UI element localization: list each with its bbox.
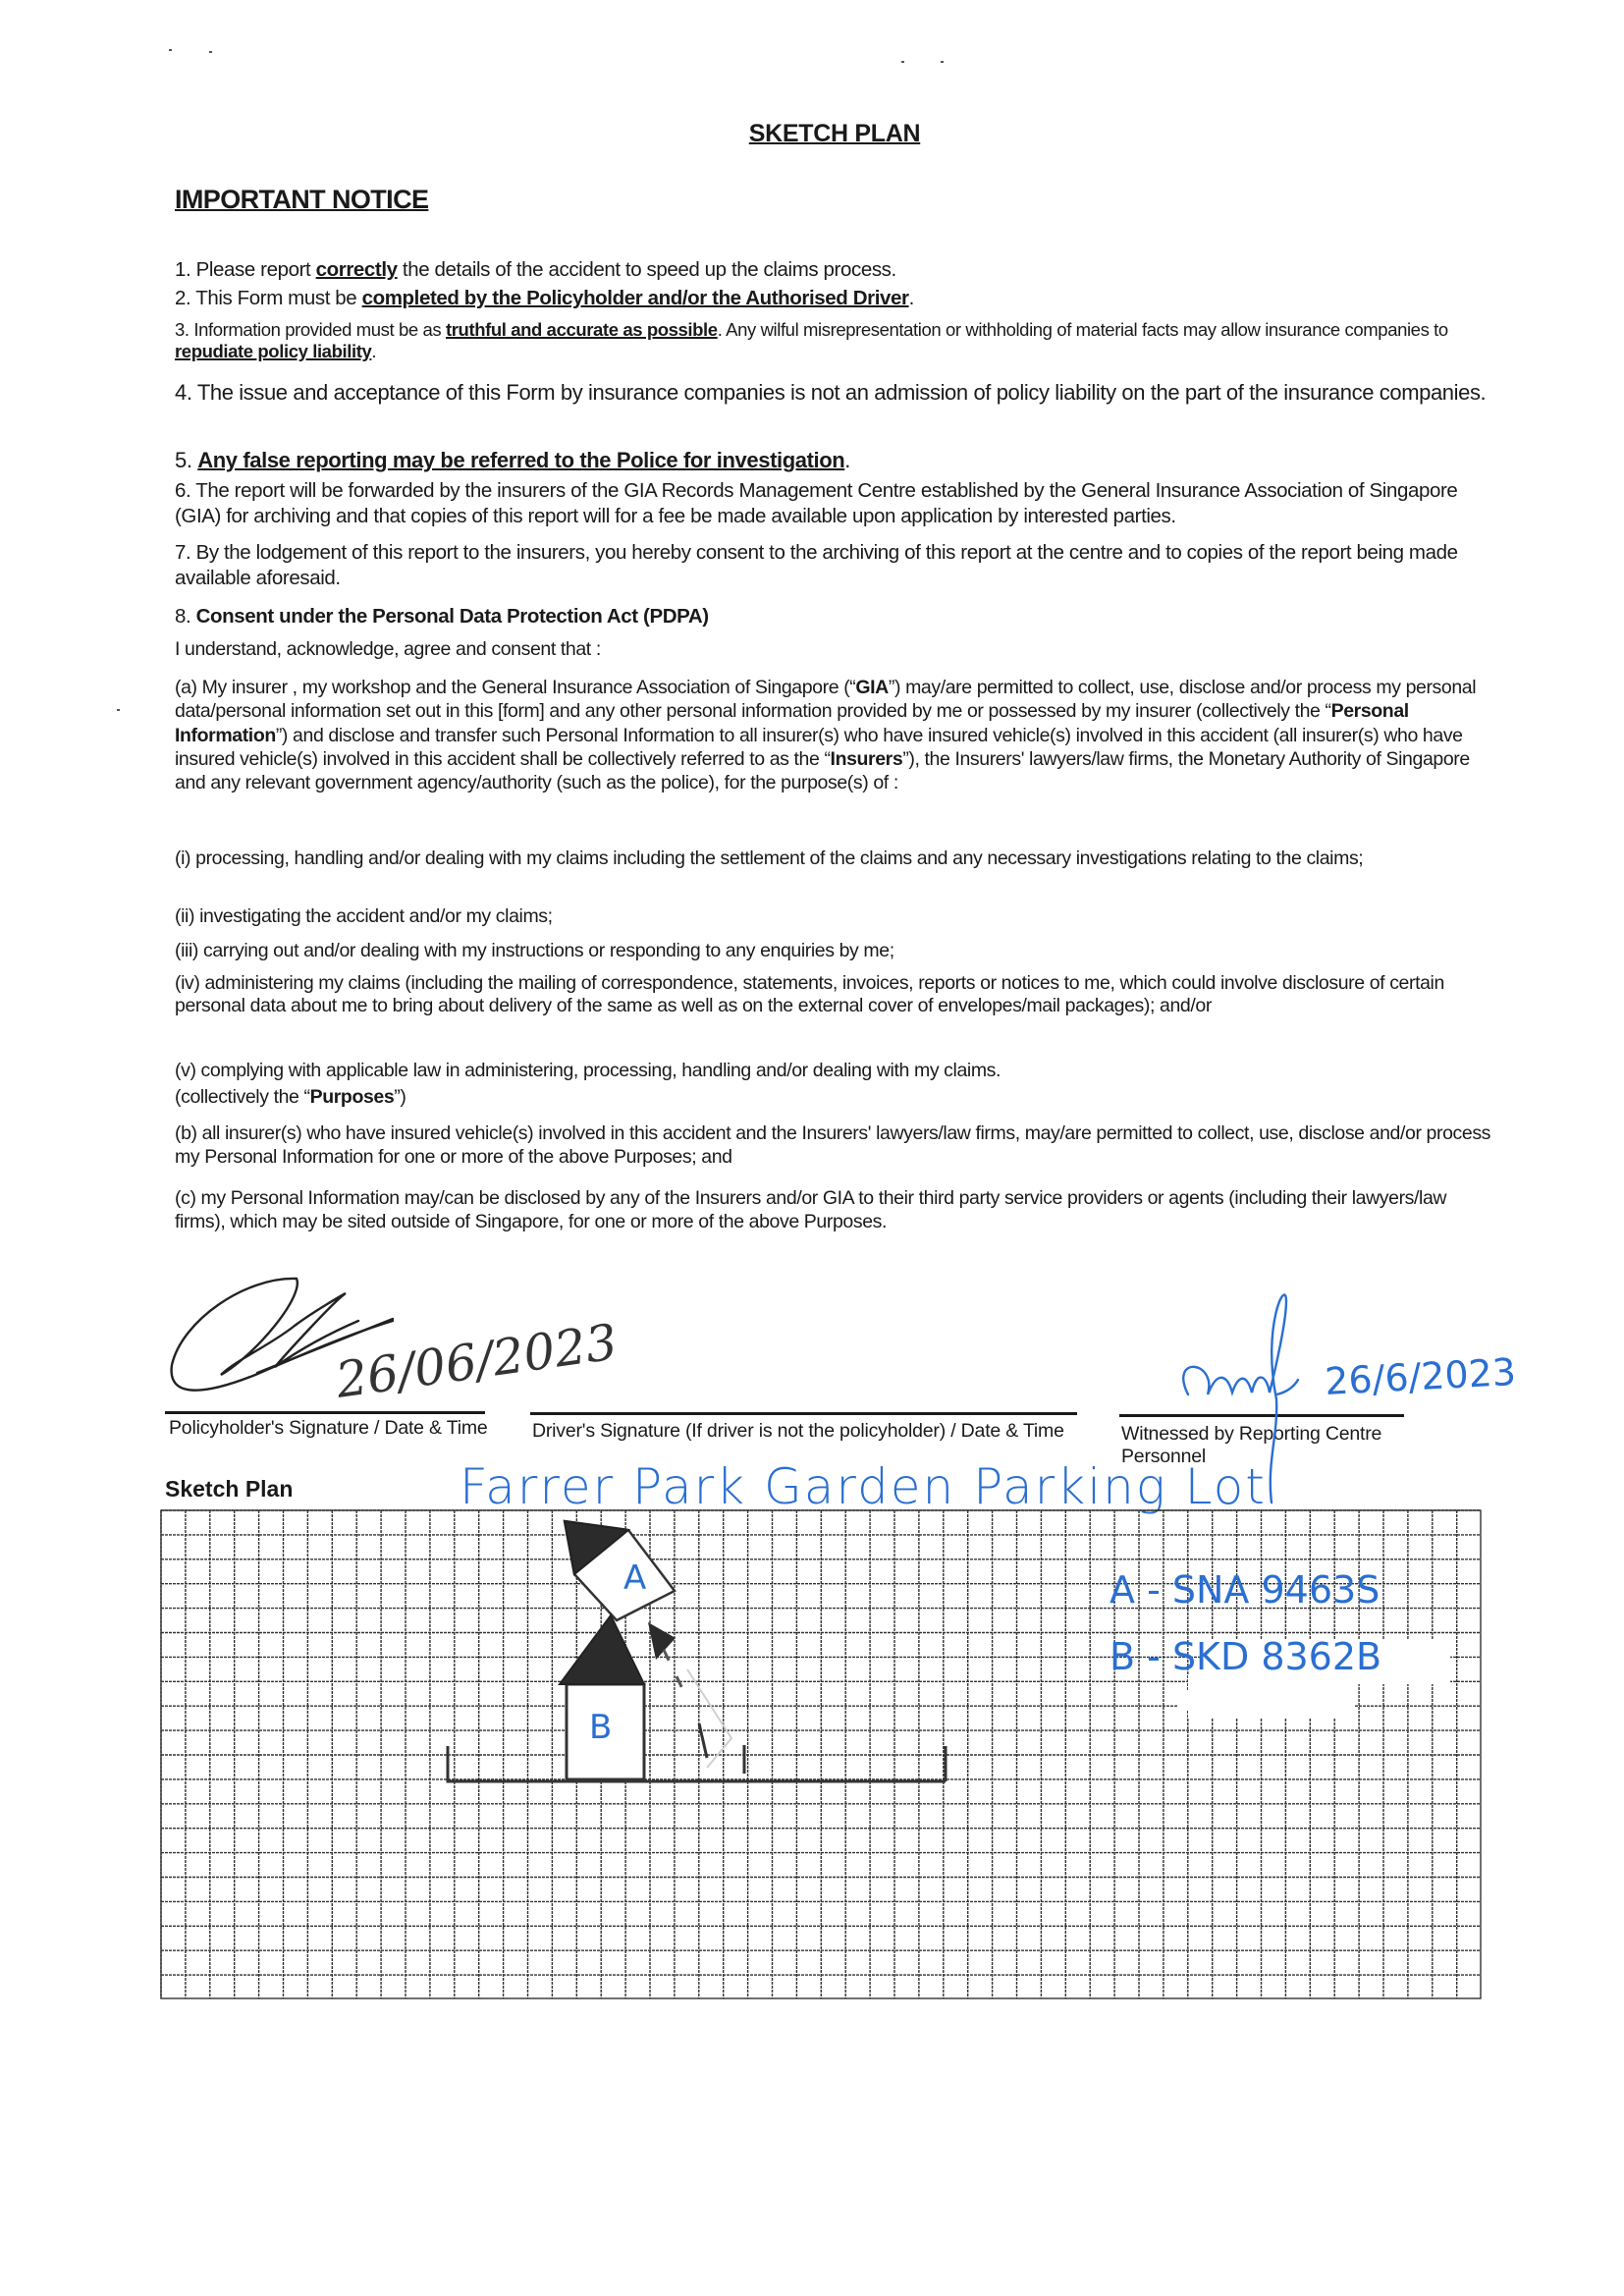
- correction-fluid-patch: [1178, 1691, 1326, 1711]
- parking-lot-line: [448, 1745, 946, 1781]
- direction-arrow-icon: [648, 1622, 731, 1768]
- vehicle-a-tag: A: [623, 1558, 646, 1598]
- sketch-grid: A B A - SNA 9463S B - SKD 8362B: [0, 0, 1624, 2296]
- vehicle-b-drawing: [560, 1615, 644, 1779]
- vehicle-b-plate: B - SKD 8362B: [1110, 1635, 1381, 1678]
- vehicle-a-plate: A - SNA 9463S: [1110, 1568, 1380, 1612]
- vehicle-a-drawing: [565, 1521, 675, 1620]
- vehicle-b-tag: B: [589, 1708, 612, 1747]
